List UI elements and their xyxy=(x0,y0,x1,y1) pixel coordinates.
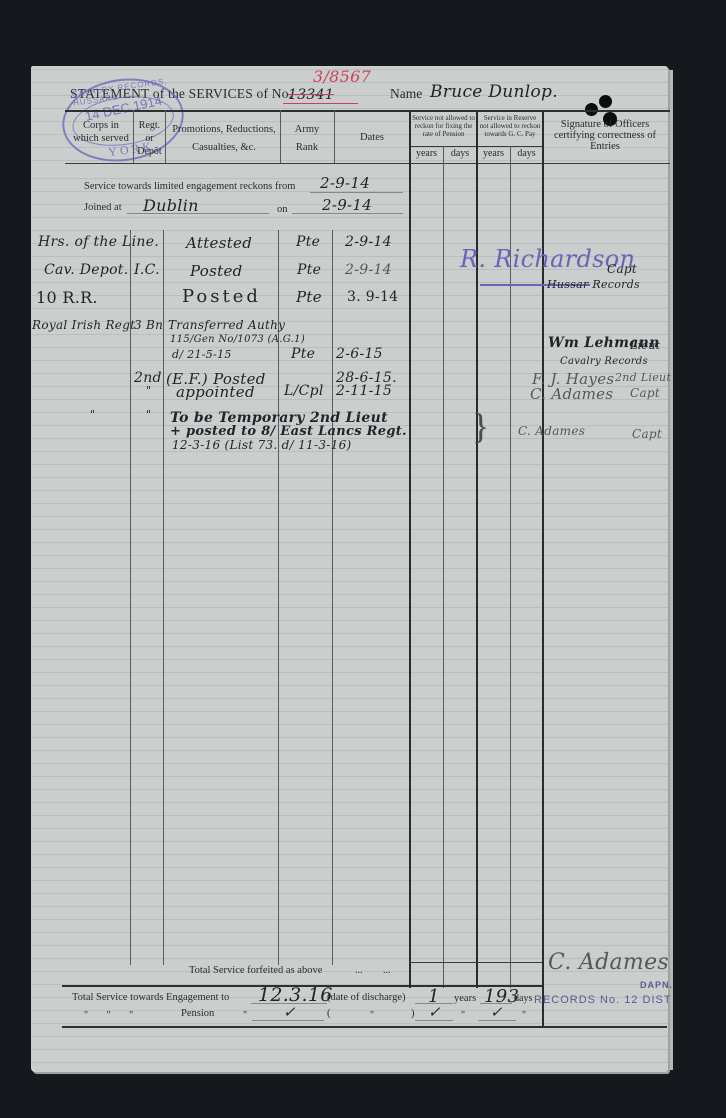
column-rule xyxy=(443,146,444,988)
column-rule xyxy=(163,230,164,965)
signature-adames: C. Adames xyxy=(530,385,613,403)
on-label: on xyxy=(277,204,288,215)
signature-unit: Cavalry Records xyxy=(560,356,648,367)
corps-cell: 10 R.R. xyxy=(36,288,98,307)
service-record-page xyxy=(31,66,668,1072)
pension-ditto: " xyxy=(370,1010,374,1021)
forfeited-label: Total Service forfeited as above xyxy=(189,965,322,976)
joined-place: Dublin xyxy=(143,196,199,215)
promotion-cell: d/ 21-5-15 xyxy=(172,348,232,361)
promotion-cell: Posted xyxy=(190,262,243,280)
signature-adames: C. Adames xyxy=(518,424,585,438)
reckons-label: Service towards limited engagement recko… xyxy=(84,181,295,192)
discharge-label: (date of discharge) xyxy=(327,992,406,1003)
name-value: Bruce Dunlop. xyxy=(430,82,558,102)
bottom-rule xyxy=(62,1026,667,1028)
header-pension-group: Service not allowed to reckon for fixing… xyxy=(412,114,475,138)
promotion-cell: Posted xyxy=(182,286,261,307)
promotion-cell: 12-3-16 (List 73. d/ 11-3-16) xyxy=(172,438,351,452)
promotion-cell: Transferred Authy xyxy=(168,318,285,332)
pension-ditto: " xyxy=(243,1010,247,1021)
header-corps: Corps in which served xyxy=(72,119,130,145)
service-number-new: 3/8567 xyxy=(313,67,371,86)
joined-date: 2-9-14 xyxy=(322,196,372,214)
signature-title: Capt xyxy=(630,386,660,400)
pension-ditto: " xyxy=(461,1010,465,1021)
signature-unit: Hussar Records xyxy=(547,278,640,291)
pension-ditto: " " " xyxy=(84,1010,133,1021)
header-regt: Regt. or Depôt xyxy=(134,119,165,158)
days-label: days xyxy=(514,993,532,1004)
page-edge xyxy=(668,70,673,1070)
service-number-crossed: 13341 xyxy=(288,87,334,103)
corps-cell: " xyxy=(90,408,95,421)
punch-hole xyxy=(599,95,612,108)
signature-title: Capt xyxy=(607,262,637,276)
records-stamp: RECORDS No. 12 DIST xyxy=(534,994,672,1006)
reckons-date: 2-9-14 xyxy=(320,174,370,192)
number-underline xyxy=(283,103,358,104)
footer-signature: C. Adames xyxy=(548,950,669,975)
joined-label: Joined at xyxy=(84,202,122,213)
rank-cell: Pte xyxy=(297,262,321,278)
pension-check: ✓ xyxy=(283,1003,296,1021)
date-cell: 2-9-14 xyxy=(345,262,392,278)
column-rule xyxy=(130,230,131,965)
corps-cell: Hrs. of the Line. xyxy=(38,234,159,250)
date-cell: 2-11-15 xyxy=(336,383,392,399)
header-reserve-group: Service in Reserve not allowed to reckon… xyxy=(479,114,541,138)
header-rank: Army Rank xyxy=(284,121,330,157)
date-cell: 2-6-15 xyxy=(336,346,383,362)
regt-cell: " xyxy=(146,384,151,397)
regt-cell: " xyxy=(146,408,151,421)
promotion-cell: Attested xyxy=(186,234,252,252)
forfeited-dots: ... xyxy=(383,965,391,976)
corps-cell: Royal Irish Regt xyxy=(32,318,135,332)
brace: } xyxy=(472,408,489,444)
forfeited-dots: ... xyxy=(355,965,363,976)
promotion-cell: 115/Gen No/1073 (A.G.1) xyxy=(170,334,305,345)
header-days: days xyxy=(444,148,476,159)
regt-cell: 3 Bn xyxy=(134,318,163,332)
header-signature: Signature of Officers certifying correct… xyxy=(545,119,665,152)
date-cell: 2-9-14 xyxy=(345,234,392,250)
date-cell: 3. 9-14 xyxy=(347,289,398,305)
header-years: years xyxy=(477,148,510,159)
header-dates: Dates xyxy=(336,131,408,144)
signature-title: 2nd Lieut xyxy=(615,371,671,384)
column-rule xyxy=(332,230,333,965)
signature-title: Lieut xyxy=(630,339,660,352)
engagement-label: Total Service towards Engagement to xyxy=(72,992,229,1003)
pension-ditto: " xyxy=(522,1010,526,1021)
column-rule xyxy=(409,110,411,988)
records-stamp-top: DAPN. xyxy=(640,980,673,990)
pension-check: ✓ xyxy=(490,1003,503,1021)
header-top-rule xyxy=(65,110,670,112)
rank-cell: Pte xyxy=(296,288,322,306)
promotion-cell: + posted to 8/ East Lancs Regt. xyxy=(170,424,407,439)
header-bottom-rule xyxy=(65,163,670,164)
header-promotions: Promotions, Reductions, Casualties, &c. xyxy=(168,121,280,157)
rank-cell: Pte xyxy=(291,346,315,362)
regt-cell: I.C. xyxy=(134,262,160,278)
corps-cell: Cav. Depot. xyxy=(44,262,128,278)
pension-check: ✓ xyxy=(428,1003,441,1021)
rank-cell: L/Cpl xyxy=(284,383,324,399)
pension-label: Pension xyxy=(181,1008,214,1019)
column-rule xyxy=(476,110,478,988)
promotion-cell: appointed xyxy=(176,383,255,401)
name-label: Name xyxy=(390,86,422,102)
signature-title: Capt xyxy=(632,427,662,441)
header-days: days xyxy=(511,148,542,159)
rank-cell: Pte xyxy=(296,234,320,250)
years-label: years xyxy=(454,993,476,1004)
header-years: years xyxy=(410,148,443,159)
